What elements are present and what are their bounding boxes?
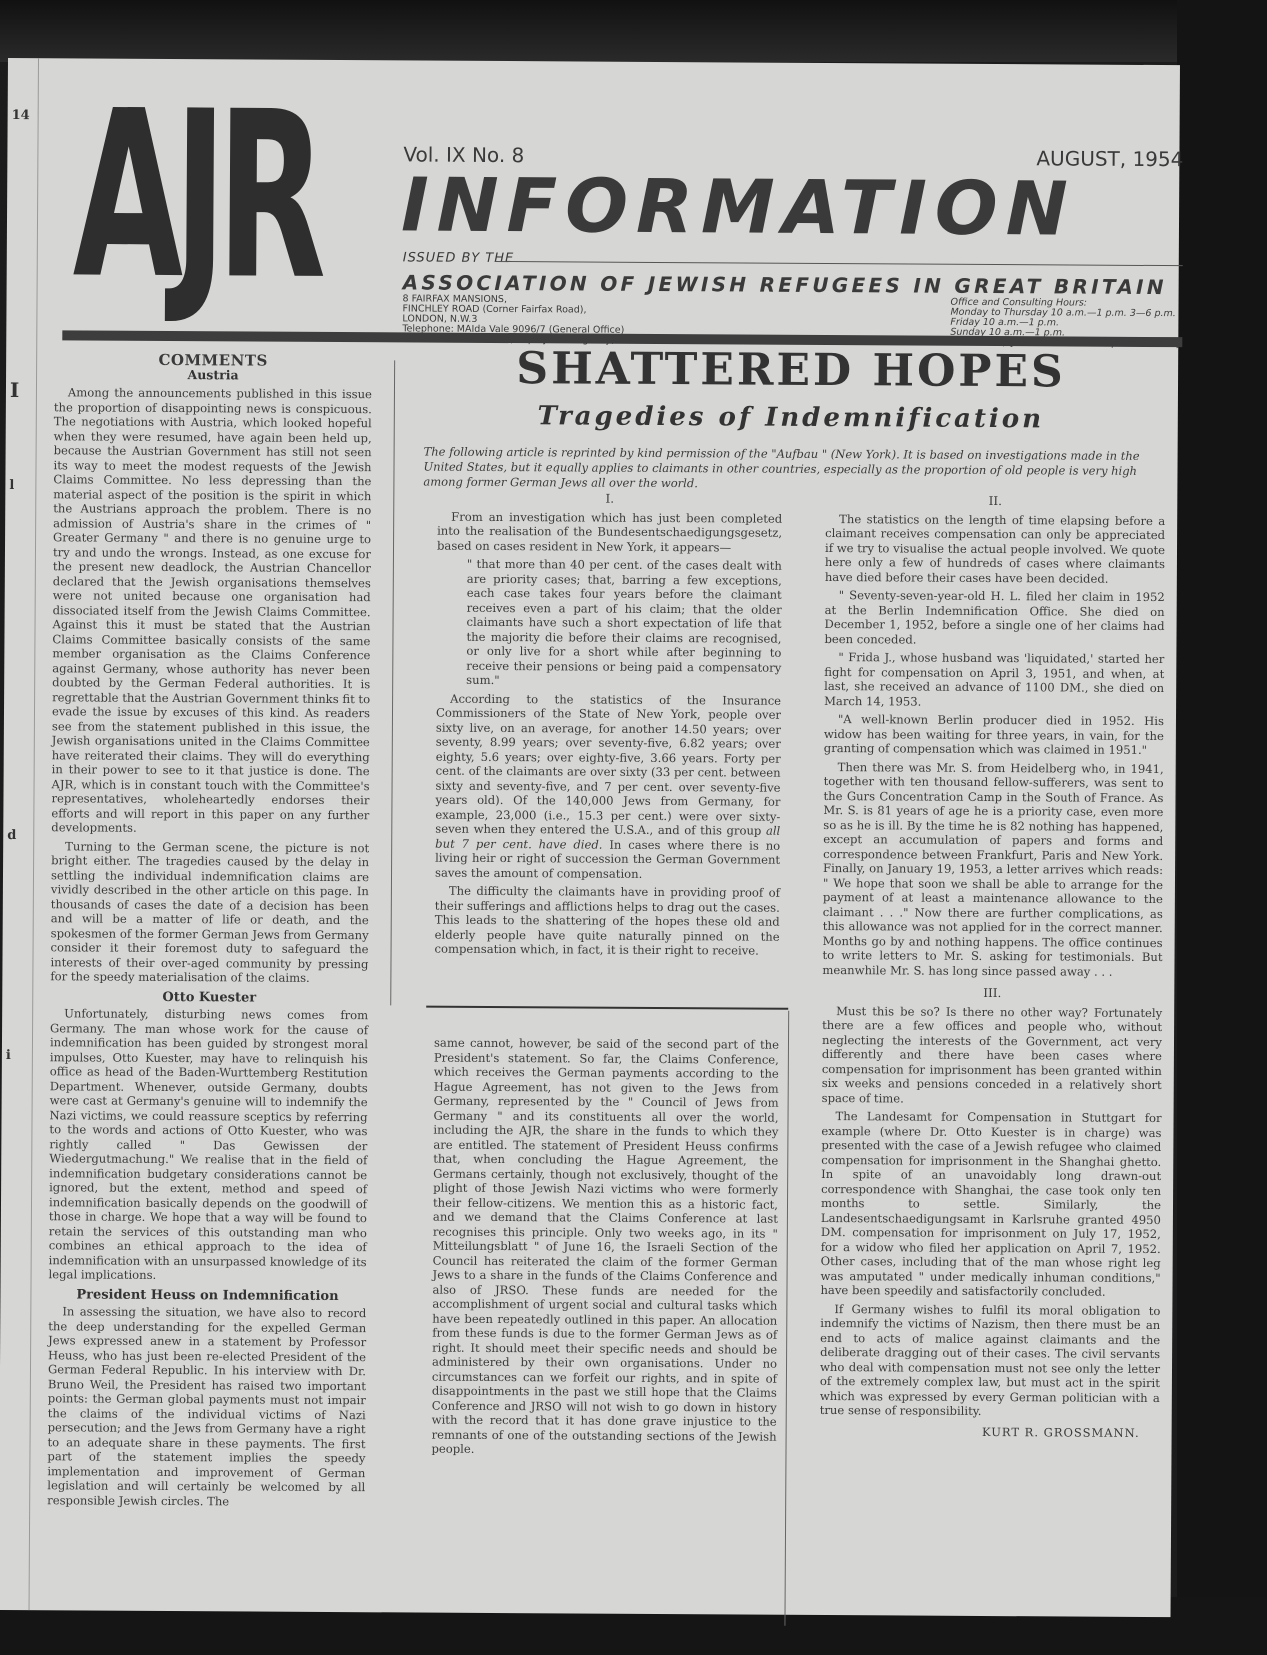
article-box-rule: [426, 1006, 788, 1010]
comments-continuation: same cannot, however, be said of the sec…: [431, 1036, 779, 1463]
ajr-logo: AJR: [73, 98, 318, 294]
paragraph: In assessing the situation, we have also…: [47, 1304, 366, 1509]
paragraph: From an investigation which has just bee…: [437, 509, 782, 555]
article-section-2-3: II. The statistics on the length of time…: [820, 493, 1166, 1440]
paragraph: The statistics on the length of time ela…: [825, 512, 1165, 587]
paragraph: Turning to the German scene, the picture…: [50, 839, 369, 986]
article-section-1: I. From an investigation which has just …: [434, 491, 782, 963]
paragraph: " Seventy-seven-year-old H. L. filed her…: [824, 588, 1164, 648]
section-numeral: I.: [437, 491, 782, 508]
section-numeral: II.: [825, 493, 1165, 510]
paragraph: The difficulty the claimants have in pro…: [435, 884, 780, 959]
author-signature: KURT R. GROSSMANN.: [820, 1423, 1160, 1440]
article-intro: The following article is reprinted by ki…: [423, 445, 1168, 495]
paragraph: Must this be so? Is there no other way? …: [822, 1003, 1163, 1107]
paragraph: Among the announcements published in thi…: [51, 385, 372, 836]
edge-mark: l: [9, 478, 14, 493]
paragraph: If Germany wishes to fulfil its moral ob…: [820, 1301, 1161, 1419]
article-headline: SHATTERED HOPES: [406, 342, 1176, 398]
heuss-subheading: President Heuss on Indemnification: [48, 1288, 366, 1304]
edge-mark: i: [6, 1048, 11, 1063]
paragraph: The Landesamt for Compensation in Stuttg…: [820, 1109, 1161, 1300]
text-run: According to the statistics of the Insur…: [435, 691, 781, 837]
edge-mark: 14: [12, 108, 30, 123]
newspaper-page: 14 I l d i AJR Vol. IX No. 8 AUGUST, 195…: [0, 58, 1180, 1617]
austria-subheading: Austria: [54, 367, 372, 383]
paragraph: Then there was Mr. S. from Heidelberg wh…: [822, 759, 1163, 979]
edge-mark: I: [10, 378, 20, 402]
publication-title: INFORMATION: [401, 168, 1076, 246]
page-fold-line: [29, 58, 39, 1610]
scan-top-border: [0, 0, 1267, 62]
paragraph: Unfortunately, disturbing news comes fro…: [49, 1006, 369, 1283]
comments-column: COMMENTS Austria Among the announcements…: [47, 348, 372, 1513]
edge-mark: d: [7, 828, 16, 843]
block-quote: " that more than 40 per cent. of the cas…: [466, 557, 782, 689]
paragraph: According to the statistics of the Insur…: [435, 691, 781, 882]
article-subheadline: Tragedies of Indemnification: [406, 400, 1176, 435]
column-divider: [390, 360, 395, 1005]
column-divider: [784, 1011, 789, 1626]
issued-by-label: ISSUED BY THE: [403, 250, 515, 266]
paragraph: " Frida J., whose husband was 'liquidate…: [824, 650, 1164, 710]
masthead: AJR Vol. IX No. 8 AUGUST, 1954 INFORMATI…: [62, 98, 1183, 335]
scan-right-border: [1177, 0, 1267, 1655]
paragraph: same cannot, however, be said of the sec…: [431, 1036, 779, 1459]
paragraph: "A well-known Berlin producer died in 19…: [824, 712, 1164, 758]
section-numeral: III.: [822, 985, 1162, 1002]
adjacent-page-edge: 14 I l d i: [0, 88, 30, 1588]
issued-by-rule: [495, 261, 1183, 266]
kuester-subheading: Otto Kuester: [50, 990, 368, 1006]
